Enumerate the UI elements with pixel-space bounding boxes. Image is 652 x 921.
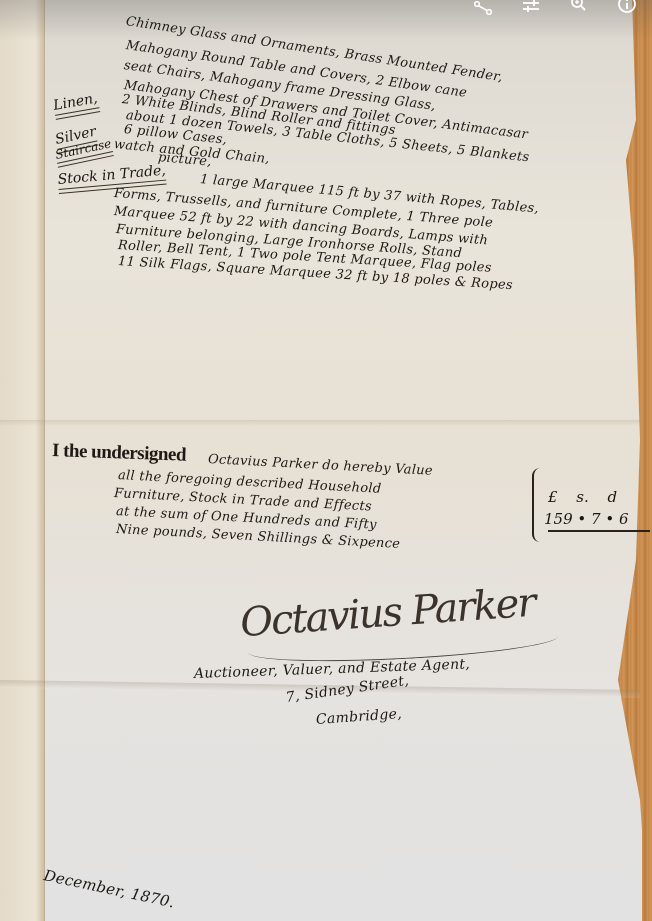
valuation-amount: £ s. d 159 • 7 • 6 [532,468,652,542]
currency-header: £ s. d [548,488,617,506]
share-icon [473,0,493,16]
edit-button[interactable] [520,0,542,18]
info-button[interactable] [616,0,638,18]
zoom-in-icon [569,0,589,14]
declaration-lead: I the undersigned [52,440,187,467]
fold-crease [0,420,640,426]
info-icon [616,0,638,16]
amount-value: 159 • 7 • 6 [544,510,629,528]
amount-rule [548,530,650,532]
share-button[interactable] [472,0,494,18]
folded-margin [0,0,45,921]
photo-toolbar [472,0,652,18]
sliders-icon [521,0,541,14]
zoom-button[interactable] [568,0,590,18]
